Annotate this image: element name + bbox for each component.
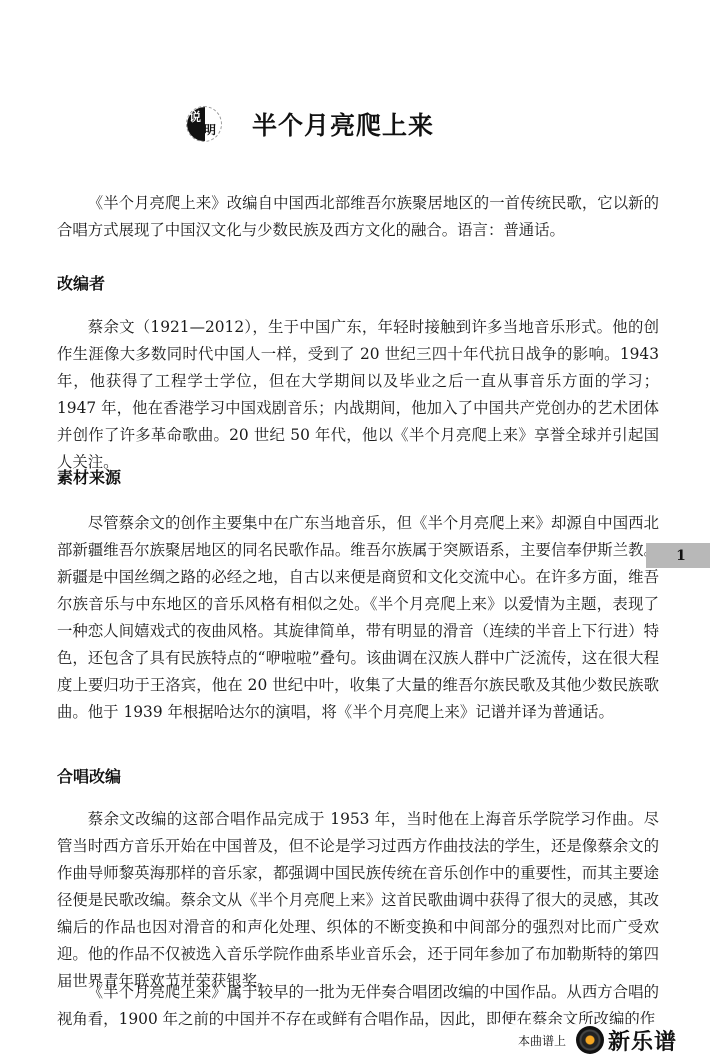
section-heading-arranger: 改编者 bbox=[57, 271, 105, 294]
badge-char-1: 说 bbox=[189, 111, 201, 123]
intro-paragraph: 《半个月亮爬上来》改编自中国西北部维吾尔族聚居地区的一首传统民歌，它以新的合唱方… bbox=[57, 190, 659, 244]
watermark-caption: 本曲谱上 bbox=[518, 1032, 566, 1049]
chapter-side-tab: 1 bbox=[646, 543, 710, 568]
page-title: 半个月亮爬上来 bbox=[252, 106, 434, 142]
source-paragraph: 尽管蔡余文的创作主要集中在广东当地音乐，但《半个月亮爬上来》却源自中国西北部新疆… bbox=[57, 510, 659, 726]
choral-paragraph-1: 蔡余文改编的这部合唱作品完成于 1953 年，当时他在上海音乐学院学习作曲。尽管… bbox=[57, 806, 659, 995]
chapter-number: 1 bbox=[676, 548, 686, 564]
vinyl-record-icon bbox=[576, 1026, 604, 1054]
arranger-paragraph: 蔡余文（1921—2012），生于中国广东，年轻时接触到许多当地音乐形式。他的创… bbox=[57, 314, 659, 476]
badge-char-2: 明 bbox=[204, 124, 216, 136]
title-row: 说 明 半个月亮爬上来 bbox=[186, 104, 434, 144]
section-heading-source: 素材来源 bbox=[57, 465, 121, 488]
document-page: 说 明 半个月亮爬上来 《半个月亮爬上来》改编自中国西北部维吾尔族聚居地区的一首… bbox=[0, 0, 710, 1056]
explanation-badge-icon: 说 明 bbox=[186, 106, 222, 142]
watermark-brand: 新乐谱 bbox=[608, 1025, 677, 1056]
watermark: 本曲谱上 新乐谱 bbox=[490, 1024, 710, 1056]
section-heading-choral: 合唱改编 bbox=[57, 764, 121, 787]
